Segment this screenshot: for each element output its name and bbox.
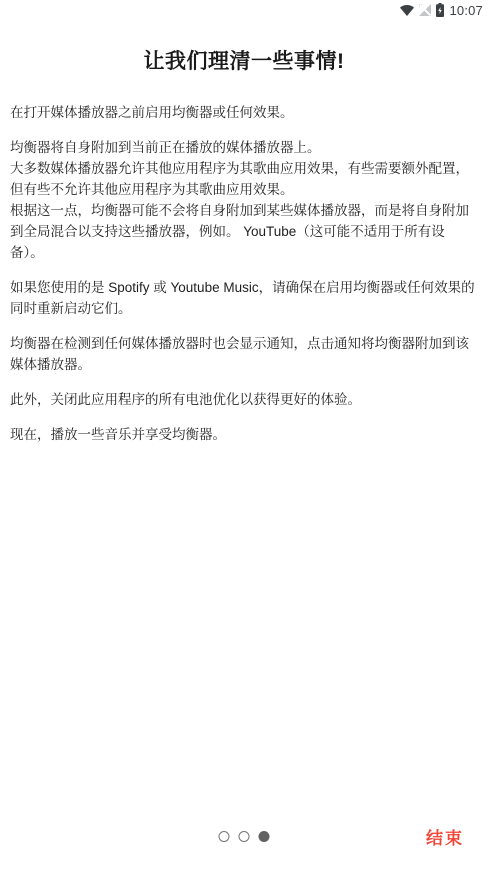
page-title: 让我们理清一些事情! [0, 45, 488, 75]
page-dot [259, 831, 270, 842]
paragraph: 如果您使用的是 Spotify 或 Youtube Music，请确保在启用均衡… [10, 277, 478, 319]
paragraph: 均衡器在检测到任何媒体播放器时也会显示通知，点击通知将均衡器附加到该媒体播放器。 [10, 333, 478, 375]
paragraph: 此外，关闭此应用程序的所有电池优化以获得更好的体验。 [10, 389, 478, 410]
intro-text: 在打开媒体播放器之前启用均衡器或任何效果。 均衡器将自身附加到当前正在播放的媒体… [0, 102, 488, 445]
no-signal-icon [419, 4, 431, 16]
page-dot [239, 831, 250, 842]
clock: 10:07 [449, 3, 483, 18]
wifi-icon [400, 5, 414, 16]
paragraph: 在打开媒体播放器之前启用均衡器或任何效果。 [10, 102, 478, 123]
paragraph: 均衡器将自身附加到当前正在播放的媒体播放器上。 大多数媒体播放器允许其他应用程序… [10, 137, 478, 263]
battery-charging-icon [436, 3, 444, 17]
status-bar: 10:07 [0, 0, 488, 20]
page-indicator [219, 831, 270, 842]
bottom-bar: 结束 [0, 803, 488, 869]
paragraph: 现在，播放一些音乐并享受均衡器。 [10, 424, 478, 445]
finish-button[interactable]: 结束 [426, 824, 464, 849]
page-dot [219, 831, 230, 842]
